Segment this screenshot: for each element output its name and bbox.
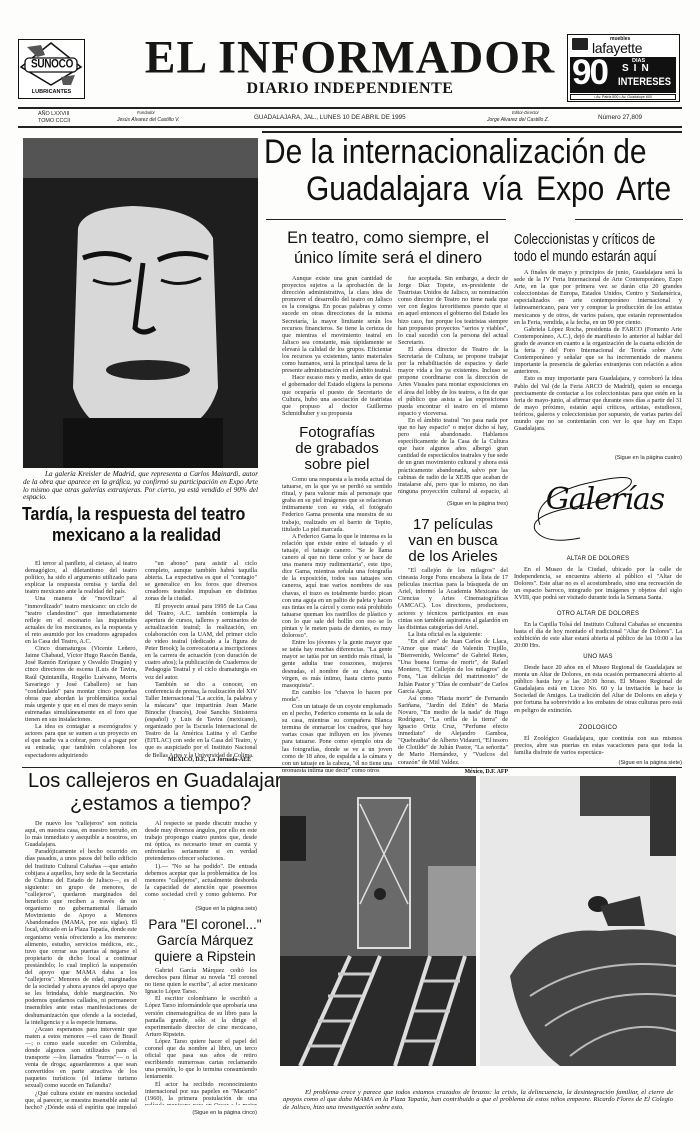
sin-label: SIN [622, 63, 654, 74]
coronel-headline-3: quiere a Ripstein [145, 949, 265, 964]
galerias-heading-3: UNO MAS [514, 654, 682, 660]
founder-name: Jesús Alvarez del Castillo V. [117, 117, 180, 123]
paragraph: Esto es muy importante para Guadalajara,… [514, 375, 682, 432]
coronel-headline-2: García Márquez [145, 933, 265, 948]
paragraph: "En el aire" de Juan Carlos de Llaca, "A… [398, 638, 508, 695]
paragraph: También se dio a conocer, en conferencia… [145, 681, 257, 757]
ninety-days: 90 [572, 53, 607, 93]
paragraph: Gabriela López Rocha, presidenta de FARC… [514, 326, 682, 376]
main-headline-line2: Guadalajara vía Expo Arte [306, 170, 671, 209]
photo-sleeping-child [480, 776, 676, 1066]
paragraph: Al respecto se puede discutir mucho y de… [145, 820, 257, 863]
lafayette-ad: muebles lafayette 90 DIAS SIN INTERESES … [567, 34, 680, 102]
galerias-body-1: En el Museo de la Ciudad, ubicado por la… [514, 566, 682, 610]
sunoco-tagline: LUBRICANTES [19, 89, 84, 95]
callejeros-rule [22, 767, 682, 768]
paragraph: De nuevo los "callejeros" son noticia aq… [25, 820, 137, 848]
peliculas-headline-3: de los Arieles [398, 548, 508, 565]
paragraph: ¿Qué cultura existe en nuestra sociedad … [25, 1090, 137, 1110]
paragraph: fue aceptada. Sin embargo, a decir de Jo… [398, 275, 508, 346]
fotografias-headline-3: sobre piel [282, 456, 392, 473]
tardia-byline: MEXICO, D.F., La Jornada-AEE [168, 757, 251, 763]
paragraph: Entre los jóvenes y la gente mayor que s… [282, 639, 392, 689]
paragraph: "El callejón de los milagros" del cineas… [398, 567, 508, 631]
tardia-col1: El terror al panfleto, al cietaso, al te… [25, 560, 137, 765]
tardia-headline-1: Tardía, la respuesta del teatro [22, 504, 233, 525]
teatro-headline-1: En teatro, como siempre, el [268, 229, 508, 248]
galerias-heading-4: ZOOLOGICO [514, 725, 682, 731]
paragraph: En cambio los "chavos lo hacen por moda"… [282, 689, 392, 703]
newspaper-subtitle: DIARIO INDEPENDIENTE [110, 80, 590, 98]
editor-name: Jorge Alvarez del Castillo Z. [487, 117, 549, 123]
coronel-continued[interactable]: (Sigue en la página cinco) [145, 1110, 257, 1116]
paragraph: La idea es contagiar a escenógrafos y ac… [25, 723, 137, 758]
trailer-image [280, 776, 476, 1066]
teatro-col2: fue aceptada. Sin embargo, a decir de Jo… [398, 275, 508, 495]
dateline: GUADALAJARA, JAL., LUNES 10 DE ABRIL DE … [254, 114, 406, 121]
paragraph: 1).— "No se ha podido". De entrada debem… [145, 863, 257, 900]
face-painting-image [23, 138, 258, 468]
galerias-continued[interactable]: (Sigue en la página siete) [514, 760, 682, 766]
sofa-icon [572, 38, 588, 50]
paragraph: La lista oficial es la siguiente: [398, 631, 508, 638]
street-sleeper-image [480, 776, 676, 1066]
masthead-rule-top [18, 107, 682, 109]
paragraph: Una manera de "movilizar" al "inmoviliza… [25, 595, 137, 645]
paragraph: Gabriel García Márquez cedió los derecho… [145, 967, 257, 995]
coleccionistas-continued[interactable]: (Sigue en la página cuatro) [514, 455, 682, 461]
paragraph: El actor ha recibido reconocimiento inte… [145, 1081, 257, 1106]
coronel-body: Gabriel García Márquez cedió los derecho… [145, 967, 257, 1105]
paragraph: El terror al panfleto, al cietaso, al te… [25, 560, 137, 595]
main-headline-rule-right [575, 219, 683, 220]
sunoco-ad: SUNOCO LUBRICANTES [18, 39, 85, 99]
coleccionistas-headline-1: Coleccionistas y críticos de [514, 231, 655, 248]
main-headline-rule-left [266, 219, 506, 220]
galerias-heading-2: OTRO ALTAR DE DOLORES [514, 611, 682, 617]
sunoco-brand: SUNOCO [27, 58, 77, 71]
ad-addresses: • Av. Patria 800 • Av. Guadalupe 600 [570, 94, 676, 100]
teatro-headline-2: único límite será el dinero [268, 249, 508, 268]
galerias-body-3: Desde hace 20 años en el Museo Regional … [514, 664, 682, 722]
fotografias-headline-2: de grabados [282, 440, 392, 457]
paragraph: Con un tatuaje de un coyote emplumado en… [282, 703, 392, 772]
teatro-continued[interactable]: (Sigue en la página tres) [398, 501, 508, 507]
teatro-col1: Aunque existe una gran cantidad de proye… [282, 275, 392, 427]
tardia-col2: "un abono" para asistir al ciclo complet… [145, 560, 257, 757]
callejeros-headline-2: ¿estamos a tiempo? [70, 793, 251, 816]
peliculas-headline-1: 17 películas [398, 516, 508, 533]
paragraph: Hace escaso mes y medio, antes de que el… [282, 374, 392, 417]
peliculas-body: "El callejón de los milagros" del cineas… [398, 567, 508, 765]
paragraph: A finales de mayo y principios de junio,… [514, 269, 682, 326]
paragraph: Cinco dramaturgos (Vicente Leñero, Jaime… [25, 645, 137, 723]
peliculas-headline-2: van en busca [398, 532, 508, 549]
paragraph: El escritor colombiano le escribió a Lóp… [145, 995, 257, 1038]
founder-label: Fundador [137, 110, 155, 115]
coleccionistas-body: A finales de mayo y principios de junio,… [514, 269, 682, 453]
galerias-flourish-icon [520, 470, 670, 550]
face-photo-caption: La galería Kreisler de Madrid, que repre… [23, 471, 258, 502]
issue-number: Número 27,809 [598, 114, 642, 121]
tardia-headline-2: mexicano a la realidad [52, 525, 246, 546]
paragraph: Aunque existe una gran cantidad de proye… [282, 275, 392, 374]
galerias-body-2: En la Capilla Tolsá del Instituto Cultur… [514, 621, 682, 651]
callejeros-continued[interactable]: (Sigue en la página seis) [145, 906, 257, 912]
paragraph: En el ámbito teatral "no pasa nada por q… [398, 417, 508, 495]
fotografias-body: Como una respuesta a la moda actual de t… [282, 476, 392, 772]
paragraph: Como una respuesta a la moda actual de t… [282, 476, 392, 533]
masthead-rule-bottom [18, 126, 682, 128]
galerias-heading-1: ALTAR DE DOLORES [514, 556, 682, 562]
coleccionistas-headline-2: todo el mundo estarán aquí [514, 248, 656, 265]
paragraph: El ahora director de Teatro de la Secret… [398, 346, 508, 417]
galerias-body-4: El Zoológico Guadalajara, que continúa c… [514, 735, 682, 757]
year-label: AÑO LXXVIII [38, 111, 69, 117]
callejeros-col1: De nuevo los "callejeros" son noticia aq… [25, 820, 137, 1110]
tome-label: TOMO CCCII [38, 118, 70, 124]
fotografias-headline-1: Fotografías [282, 424, 392, 441]
callejeros-headline-1: Los callejeros en Guadalajara [28, 770, 293, 793]
paragraph: A Federico Gama lo que le interesa es la… [282, 533, 392, 639]
peliculas-byline: México, D.F. AFP [398, 769, 508, 775]
paragraph: Paradójicamente el hecho ocurrido en día… [25, 848, 137, 1025]
main-headline-line1: De la internacionalización de [264, 133, 647, 172]
newspaper-title: EL INFORMADOR [110, 29, 590, 83]
street-photo-caption: El problema crece y parece que todos est… [283, 1089, 673, 1111]
paragraph: López Tarso quiere hacer el papel del co… [145, 1038, 257, 1081]
callejeros-col2: Al respecto se puede discutir mucho y de… [145, 820, 257, 900]
paragraph: El proyecto anual para 1995 de La Casa d… [145, 603, 257, 681]
intereses-label: INTERESES [618, 76, 671, 88]
paragraph: "un abono" para asistir al ciclo complet… [145, 560, 257, 603]
painting-photo-face [23, 138, 258, 468]
editor-label: Editor-Director [512, 110, 539, 115]
paragraph: ¿Acaso esperamos para intervenir que mat… [25, 1026, 137, 1090]
paragraph: Así como "Hasta morir" de Fernando Sariñ… [398, 695, 508, 765]
photo-trailer-child [280, 776, 476, 1066]
coronel-headline-1: Para "El coronel..." [145, 917, 265, 932]
